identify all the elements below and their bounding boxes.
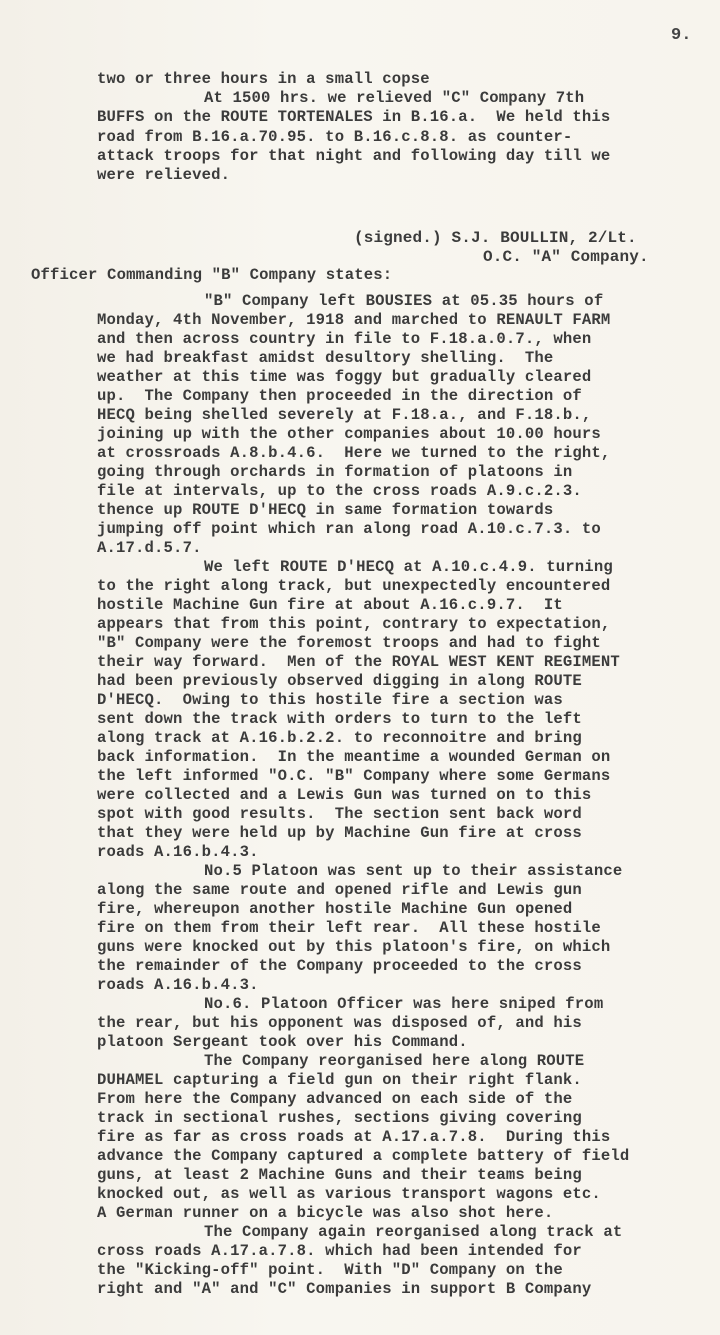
text-line: sent down the track with orders to turn … [97, 710, 582, 729]
text-line: had been previously observed digging in … [97, 672, 582, 691]
text-line: platoon Sergeant took over his Command. [97, 1033, 468, 1052]
text-line: The Company reorganised here along ROUTE [204, 1052, 584, 1071]
text-line: attack troops for that night and followi… [97, 147, 610, 166]
text-line: HECQ being shelled severely at F.18.a., … [97, 406, 591, 425]
text-line: file at intervals, up to the cross roads… [97, 482, 582, 501]
text-line: up. The Company then proceeded in the di… [97, 387, 582, 406]
signature-line: (signed.) S.J. BOULLIN, 2/Lt. [354, 229, 637, 248]
page-number: 9. [671, 26, 691, 45]
text-line: roads A.16.b.4.3. [97, 843, 259, 862]
text-line: We left ROUTE D'HECQ at A.10.c.4.9. turn… [204, 558, 613, 577]
text-line: DUHAMEL capturing a field gun on their r… [97, 1071, 582, 1090]
text-line: joining up with the other companies abou… [97, 425, 601, 444]
text-line: A German runner on a bicycle was also sh… [97, 1204, 553, 1223]
text-line: the left informed "O.C. "B" Company wher… [97, 767, 610, 786]
text-line: BUFFS on the ROUTE TORTENALES in B.16.a.… [97, 108, 610, 127]
text-line: weather at this time was foggy but gradu… [97, 368, 591, 387]
text-line: Monday, 4th November, 1918 and marched t… [97, 311, 610, 330]
text-line: No.6. Platoon Officer was here sniped fr… [204, 995, 603, 1014]
text-line: were relieved. [97, 166, 230, 185]
text-line: going through orchards in formation of p… [97, 463, 572, 482]
text-line: to the right along track, but unexpected… [97, 577, 610, 596]
text-line: roads A.16.b.4.3. [97, 976, 259, 995]
text-line: "B" Company left BOUSIES at 05.35 hours … [204, 292, 603, 311]
text-line: along track at A.16.b.2.2. to reconnoitr… [97, 729, 582, 748]
document-page: 9. two or three hours in a small copseAt… [0, 0, 720, 1335]
text-line: appears that from this point, contrary t… [97, 615, 610, 634]
text-line: the remainder of the Company proceeded t… [97, 957, 582, 976]
text-line: two or three hours in a small copse [97, 70, 430, 89]
text-line: D'HECQ. Owing to this hostile fire a sec… [97, 691, 563, 710]
text-line: "B" Company were the foremost troops and… [97, 634, 601, 653]
text-line: No.5 Platoon was sent up to their assist… [204, 862, 622, 881]
text-line: At 1500 hrs. we relieved "C" Company 7th [204, 89, 584, 108]
text-line: were collected and a Lewis Gun was turne… [97, 786, 591, 805]
text-line: guns, at least 2 Machine Guns and their … [97, 1166, 582, 1185]
text-line: spot with good results. The section sent… [97, 805, 582, 824]
text-line: we had breakfast amidst desultory shelli… [97, 349, 553, 368]
text-line: the "Kicking-off" point. With "D" Compan… [97, 1261, 563, 1280]
text-line: right and "A" and "C" Companies in suppo… [97, 1280, 591, 1299]
text-line: at crossroads A.8.b.4.6. Here we turned … [97, 444, 610, 463]
text-line: their way forward. Men of the ROYAL WEST… [97, 653, 620, 672]
text-line: and then across country in file to F.18.… [97, 330, 591, 349]
text-line: A.17.d.5.7. [97, 539, 202, 558]
section-heading: Officer Commanding "B" Company states: [31, 266, 392, 285]
text-line: back information. In the meantime a woun… [97, 748, 610, 767]
text-line: the rear, but his opponent was disposed … [97, 1014, 582, 1033]
text-line: along the same route and opened rifle an… [97, 881, 582, 900]
text-line: The Company again reorganised along trac… [204, 1223, 622, 1242]
signature-title: O.C. "A" Company. [483, 248, 649, 267]
text-line: that they were held up by Machine Gun fi… [97, 824, 582, 843]
text-line: guns were knocked out by this platoon's … [97, 938, 610, 957]
text-line: jumping off point which ran along road A… [97, 520, 601, 539]
text-line: From here the Company advanced on each s… [97, 1090, 572, 1109]
text-line: road from B.16.a.70.95. to B.16.c.8.8. a… [97, 128, 572, 147]
text-line: thence up ROUTE D'HECQ in same formation… [97, 501, 553, 520]
text-line: advance the Company captured a complete … [97, 1147, 629, 1166]
text-line: cross roads A.17.a.7.8. which had been i… [97, 1242, 582, 1261]
text-line: fire, whereupon another hostile Machine … [97, 900, 572, 919]
text-line: fire on them from their left rear. All t… [97, 919, 601, 938]
text-line: fire as far as cross roads at A.17.a.7.8… [97, 1128, 610, 1147]
text-line: knocked out, as well as various transpor… [97, 1185, 601, 1204]
text-line: track in sectional rushes, sections givi… [97, 1109, 582, 1128]
text-line: hostile Machine Gun fire at about A.16.c… [97, 596, 563, 615]
